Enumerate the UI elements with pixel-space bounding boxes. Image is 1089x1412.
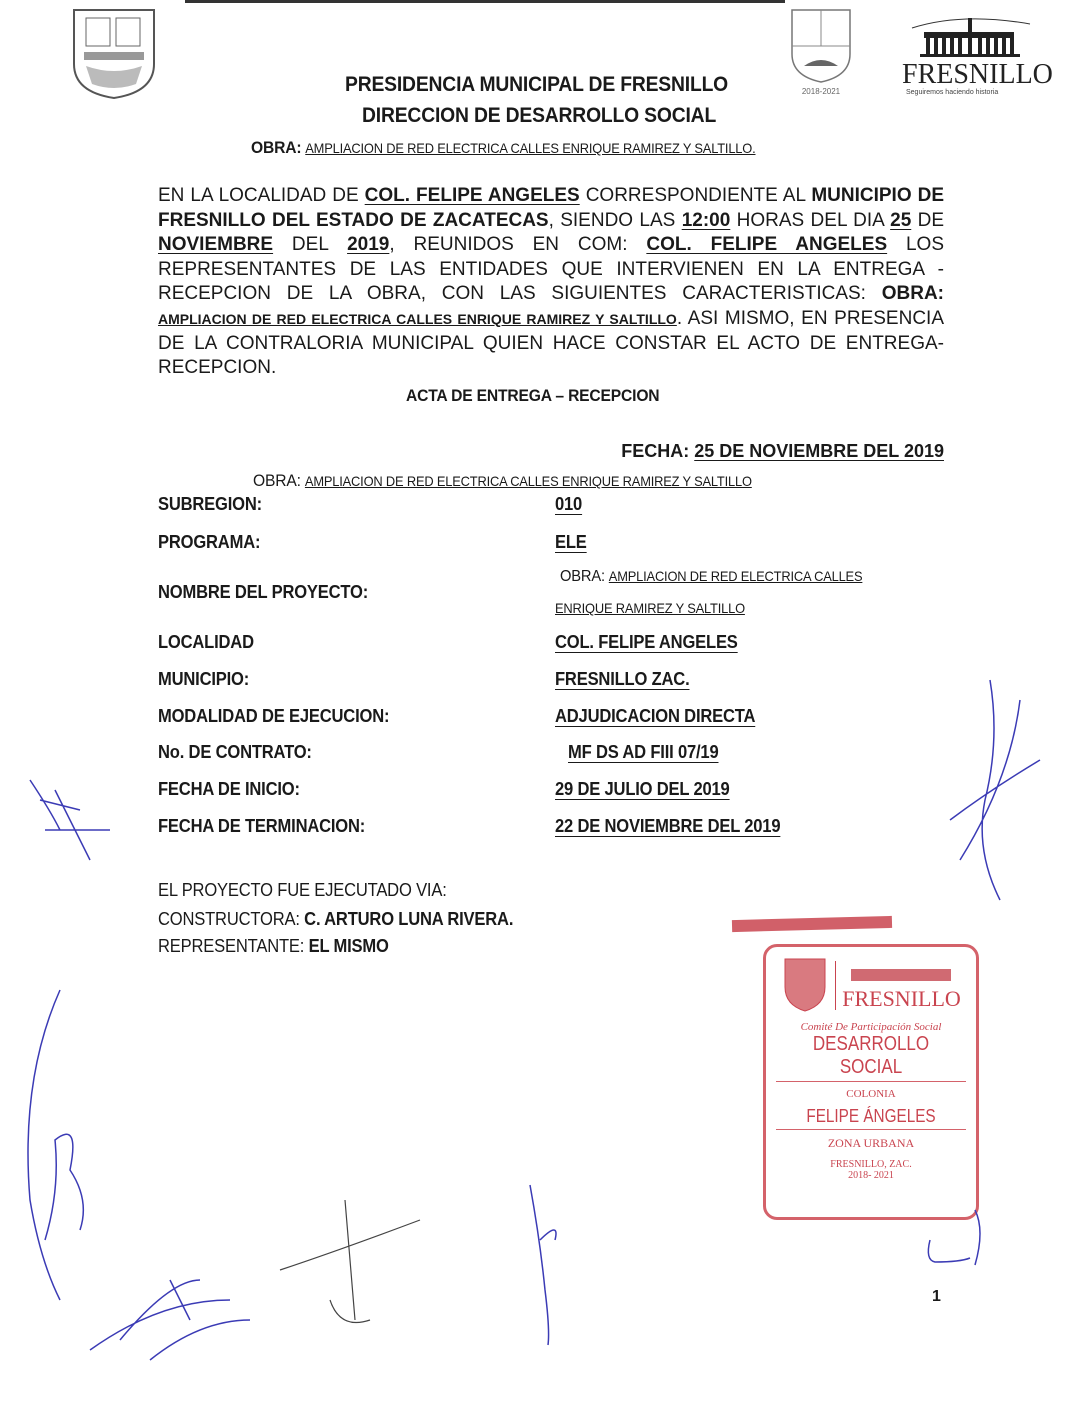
municipio-label: MUNICIPIO:	[158, 669, 249, 690]
constructora-value: C. ARTURO LUNA RIVERA.	[304, 909, 513, 929]
subregion-label: SUBREGION:	[158, 494, 262, 515]
intro-paragraph: EN LA LOCALIDAD DE COL. FELIPE ANGELES C…	[158, 184, 944, 381]
red-ink-mark	[732, 916, 892, 932]
intro-text: EN LA LOCALIDAD DE	[158, 185, 365, 206]
intro-dia: 25	[890, 210, 911, 231]
localidad-value: COL. FELIPE ANGELES	[555, 632, 738, 653]
inicio-value: 29 DE JULIO DEL 2019	[555, 779, 730, 800]
intro-obra-label: OBRA:	[882, 283, 944, 304]
programa-value: ELE	[555, 532, 587, 553]
proyecto-value-line1: OBRA: AMPLIACION DE RED ELECTRICA CALLES	[560, 568, 862, 586]
fresnillo-wordmark: FRESNILLO	[902, 61, 1040, 89]
terminacion-label: FECHA DE TERMINACION:	[158, 816, 365, 837]
modalidad-value: ADJUDICACION DIRECTA	[555, 706, 755, 727]
scan-edge-line	[185, 0, 785, 3]
acta-obra-label: OBRA:	[253, 471, 301, 490]
proyecto-prefix: OBRA:	[560, 568, 605, 585]
obra-header: OBRA: AMPLIACION DE RED ELECTRICA CALLES…	[251, 138, 756, 158]
proyecto-label: NOMBRE DEL PROYECTO:	[158, 582, 368, 603]
intro-text: CORRESPONDIENTE AL	[580, 185, 812, 206]
fresnillo-skyline-icon	[902, 10, 1040, 58]
obra-header-label: OBRA:	[251, 138, 301, 157]
fecha-label: FECHA:	[621, 441, 689, 461]
stamp-divider	[776, 1081, 966, 1082]
intro-text: DE	[911, 210, 944, 231]
proyecto-value-line2: ENRIQUE RAMIREZ Y SALTILLO	[555, 600, 745, 616]
intro-hora: 12:00	[682, 210, 731, 231]
fresnillo-logo: FRESNILLO Seguiremos haciendo historia	[902, 10, 1040, 92]
intro-text: HORAS DEL DIA	[730, 210, 890, 231]
intro-lugar: COL. FELIPE ANGELES	[646, 234, 887, 255]
intro-anio: 2019	[347, 234, 389, 255]
ejecucion-line: EL PROYECTO FUE EJECUTADO VIA:	[158, 880, 447, 901]
programa-label: PROGRAMA:	[158, 532, 260, 553]
stamp-department: DESARROLLO SOCIAL	[782, 1033, 961, 1079]
representante-value: EL MISMO	[309, 936, 389, 956]
acta-obra-value: AMPLIACION DE RED ELECTRICA CALLES ENRIQ…	[305, 473, 752, 489]
page-title: PRESIDENCIA MUNICIPAL DE FRESNILLO	[345, 73, 728, 97]
municipal-coat-of-arms-logo	[66, 4, 162, 100]
intro-text: , SIENDO LAS	[549, 210, 682, 231]
stamp-divider	[776, 1129, 966, 1130]
page-number: 1	[932, 1288, 941, 1306]
obra-header-value: AMPLIACION DE RED ELECTRICA CALLES ENRIQ…	[305, 140, 755, 156]
acta-fecha: FECHA: 25 DE NOVIEMBRE DEL 2019	[621, 441, 944, 462]
stamp-city: FRESNILLO, ZAC.	[766, 1159, 976, 1170]
constructora-line: CONSTRUCTORA: C. ARTURO LUNA RIVERA.	[158, 909, 513, 930]
representante-line: REPRESENTANTE: EL MISMO	[158, 936, 389, 957]
page-subtitle: DIRECCION DE DESARROLLO SOCIAL	[362, 104, 716, 128]
localidad-label: LOCALIDAD	[158, 632, 254, 653]
stamp-shield-icon	[781, 955, 829, 1015]
intro-obra-value: AMPLIACION DE RED ELECTRICA CALLES ENRIQ…	[158, 311, 677, 327]
official-stamp: FRESNILLO Comité De Participación Social…	[763, 944, 979, 1220]
stamp-years: 2018- 2021	[766, 1170, 976, 1181]
constructora-label: CONSTRUCTORA:	[158, 909, 304, 929]
subregion-value: 010	[555, 494, 582, 515]
intro-mes: NOVIEMBRE	[158, 234, 273, 255]
fresnillo-slogan: Seguiremos haciendo historia	[906, 89, 1040, 96]
modalidad-label: MODALIDAD DE EJECUCION:	[158, 706, 389, 727]
intro-text: DEL	[273, 234, 347, 255]
terminacion-value: 22 DE NOVIEMBRE DEL 2019	[555, 816, 780, 837]
inicio-label: FECHA DE INICIO:	[158, 779, 300, 800]
contrato-label: No. DE CONTRATO:	[158, 742, 312, 763]
intro-localidad: COL. FELIPE ANGELES	[365, 185, 580, 206]
proyecto-value: AMPLIACION DE RED ELECTRICA CALLES	[609, 568, 863, 584]
stamp-colonia-label: COLONIA	[766, 1088, 976, 1100]
administration-shield-logo: 2018-2021	[786, 6, 856, 98]
stamp-zona: ZONA URBANA	[766, 1136, 976, 1151]
stamp-brand: FRESNILLO	[842, 988, 961, 1010]
fecha-value: 25 DE NOVIEMBRE DEL 2019	[694, 441, 944, 461]
stamp-colonia-name: FELIPE ÁNGELES	[782, 1106, 961, 1127]
representante-label: REPRESENTANTE:	[158, 936, 309, 956]
municipio-value: FRESNILLO ZAC.	[555, 669, 690, 690]
contrato-value: MF DS AD FIII 07/19	[568, 742, 718, 763]
svg-text:2018-2021: 2018-2021	[802, 87, 841, 96]
intro-text: , REUNIDOS EN COM:	[389, 234, 646, 255]
acta-obra: OBRA: AMPLIACION DE RED ELECTRICA CALLES…	[253, 471, 752, 491]
acta-title: ACTA DE ENTREGA – RECEPCION	[406, 386, 659, 406]
stamp-committee: Comité De Participación Social	[766, 1021, 976, 1033]
stamp-skyline-icon	[847, 961, 957, 983]
